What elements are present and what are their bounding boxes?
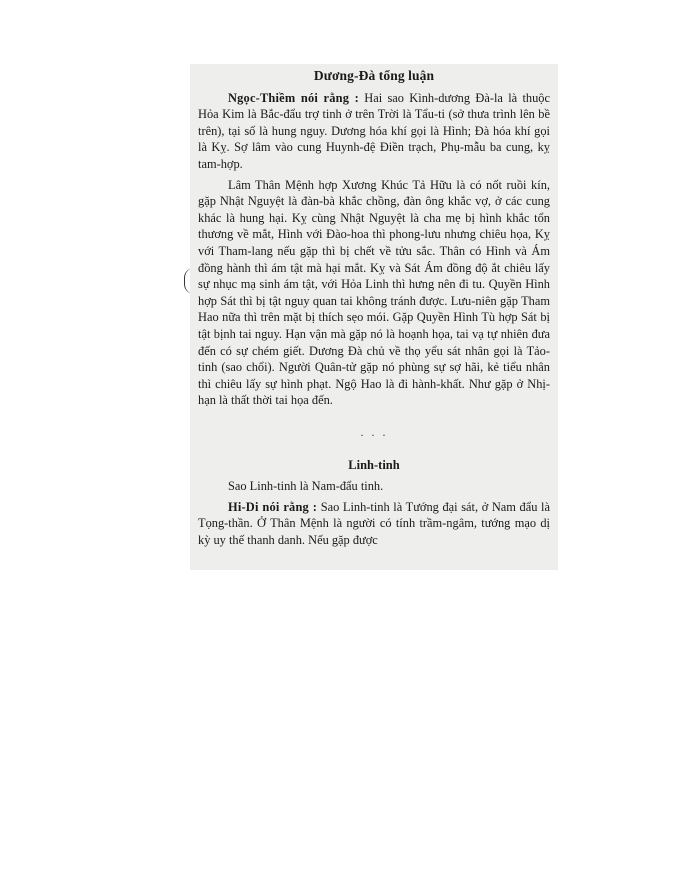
scanned-book-page: Dương-Đà tổng luận Ngọc-Thiềm nói rằng :… (190, 64, 558, 570)
paragraph-ngoc-thiem: Ngọc-Thiềm nói rằng : Hai sao Kình-dương… (198, 90, 550, 173)
paragraph-text: Sao Linh-tinh là Nam-đẩu tinh. (228, 479, 383, 493)
paragraph-linh-tinh-intro: Sao Linh-tinh là Nam-đẩu tinh. (198, 478, 550, 495)
section-title-linh-tinh: Linh-tinh (198, 457, 550, 474)
paragraph-lead: Ngọc-Thiềm nói rằng : (228, 91, 359, 105)
section-title-duong-da: Dương-Đà tổng luận (198, 68, 550, 85)
paragraph-text: Lâm Thân Mệnh hợp Xương Khúc Tả Hữu là c… (198, 178, 550, 408)
paragraph-lam-than-menh: Lâm Thân Mệnh hợp Xương Khúc Tả Hữu là c… (198, 177, 550, 409)
paragraph-lead: Hi-Di nói rằng : (228, 500, 317, 514)
section-separator: · · · (198, 427, 550, 444)
paragraph-hi-di: Hi-Di nói rằng : Sao Linh-tinh là Tướng … (198, 499, 550, 549)
